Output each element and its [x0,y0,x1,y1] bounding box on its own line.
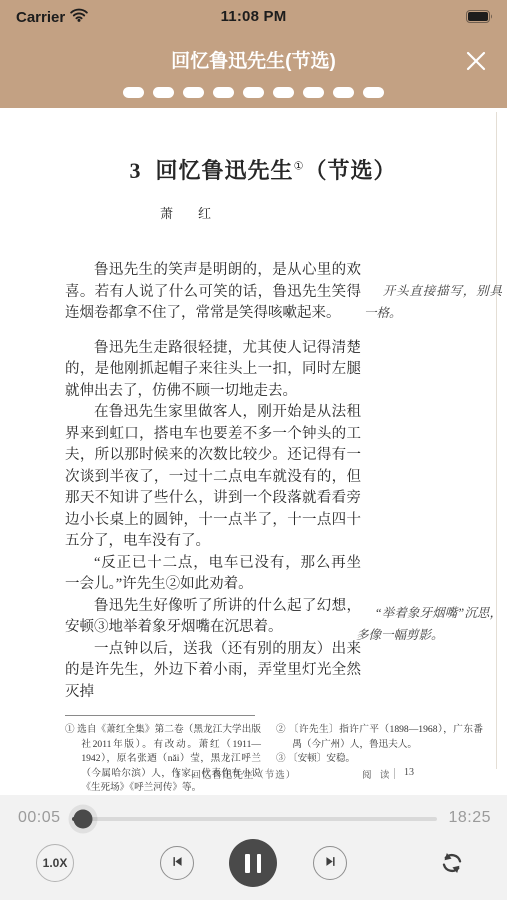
chapter-subtitle: （节选） [304,158,396,183]
paragraph: 鲁迅先生好像听了所讲的什么起了幻想，安顿③地举着象牙烟嘴在沉思着。 [65,596,361,639]
repeat-icon[interactable] [437,848,467,878]
skip-next-button[interactable] [313,846,347,880]
page-indicator [0,87,507,98]
progress-slider[interactable] [72,817,437,821]
page-dot [273,87,294,98]
paragraph: 一点钟以后，送我（还有别的朋友）出来的是许先生，外边下着小雨，弄堂里灯光全然灭掉 [65,639,361,704]
page-dot [333,87,354,98]
current-time: 00:05 [18,809,61,827]
footnotes-left-column: ① 选自《萧红全集》第二卷（黑龙江大学出版社2011年版）。有改动。萧红（191… [65,723,261,796]
paragraph: “反正已十二点，电车已没有，那么再坐一会儿。”许先生②如此劝着。 [65,553,361,596]
page-dot [213,87,234,98]
page-dot [123,87,144,98]
playback-speed-button[interactable]: 1.0X [36,844,74,882]
status-bar: Carrier 11:08 PM [0,0,507,36]
footer-divider [394,768,395,779]
paragraph: 鲁迅先生走路很轻捷，尤其使人记得清楚的，是他刚抓起帽子来往头上一扣，同时左腿就伸… [65,338,361,403]
progress-row: 00:05 18:25 [0,795,507,839]
skip-previous-icon [170,854,185,872]
chapter-footnote-mark: ① [294,161,305,173]
chapter-heading: 3回忆鲁迅先生①（节选） [65,154,461,185]
skip-previous-button[interactable] [160,846,194,880]
paragraph: 在鲁迅先生家里做客人，刚开始是从法租界来到虹口，搭电车也要差不多一个钟头的工夫，… [65,402,361,553]
header: 回忆鲁迅先生(节选) [0,36,507,108]
footer-page-number: 13 [404,767,414,778]
footer-chapter: 3 回忆鲁迅先生（节选） [175,767,296,781]
book-page: 3回忆鲁迅先生①（节选） 萧 红 鲁迅先生的笑声是明朗的，是从心里的欢喜。若有人… [0,108,507,795]
battery-icon [466,10,493,27]
footnote: ① 选自《萧红全集》第二卷（黑龙江大学出版社2011年版）。有改动。萧红（191… [65,723,261,796]
footnote: ③ 〔安顿〕安稳。 [276,752,483,767]
footer-section: 阅 读 [362,767,392,781]
slider-thumb[interactable] [73,810,92,829]
footnote-separator [65,715,255,716]
paragraph: 鲁迅先生的笑声是明朗的，是从心里的欢喜。若有人说了什么可笑的话，鲁迅先生笑得连烟… [65,260,361,325]
page-dot [303,87,324,98]
footnote: ② 〔许先生〕指许广平（1898—1968），广东番禺（今广州）人，鲁迅夫人。 [276,723,483,752]
chapter-number: 3 [130,158,142,183]
player-controls: 1.0X [0,839,507,900]
margin-note: 开头直接描写，别具一格。 [364,280,502,324]
page-dot [183,87,204,98]
page-footer: 3 回忆鲁迅先生（节选） 阅 读 13 [0,767,507,781]
footnotes: ① 选自《萧红全集》第二卷（黑龙江大学出版社2011年版）。有改动。萧红（191… [65,723,483,796]
chapter-title: 回忆鲁迅先生 [156,158,294,183]
margin-note: “举着象牙烟嘴”沉思，多像一幅剪影。 [356,602,502,646]
author-name: 萧 红 [160,203,507,222]
status-time: 11:08 PM [0,8,507,25]
header-title: 回忆鲁迅先生(节选) [0,46,507,73]
pause-icon [257,854,262,873]
close-icon[interactable] [461,46,491,76]
pause-icon [245,854,250,873]
page-dot [363,87,384,98]
page-edge-line [496,112,497,769]
page-dot [153,87,174,98]
body-text: 鲁迅先生的笑声是明朗的，是从心里的欢喜。若有人说了什么可笑的话，鲁迅先生笑得连烟… [65,260,361,703]
footnotes-right-column: ② 〔许先生〕指许广平（1898—1968），广东番禺（今广州）人，鲁迅夫人。③… [276,723,483,796]
pause-button[interactable] [229,839,277,887]
audio-player: 00:05 18:25 1.0X [0,795,507,900]
app-screen: Carrier 11:08 PM 回忆鲁迅先生(节选) [0,0,507,900]
skip-next-icon [323,854,338,872]
footer-divider [268,768,269,779]
page-dot [243,87,264,98]
total-time: 18:25 [448,809,491,827]
